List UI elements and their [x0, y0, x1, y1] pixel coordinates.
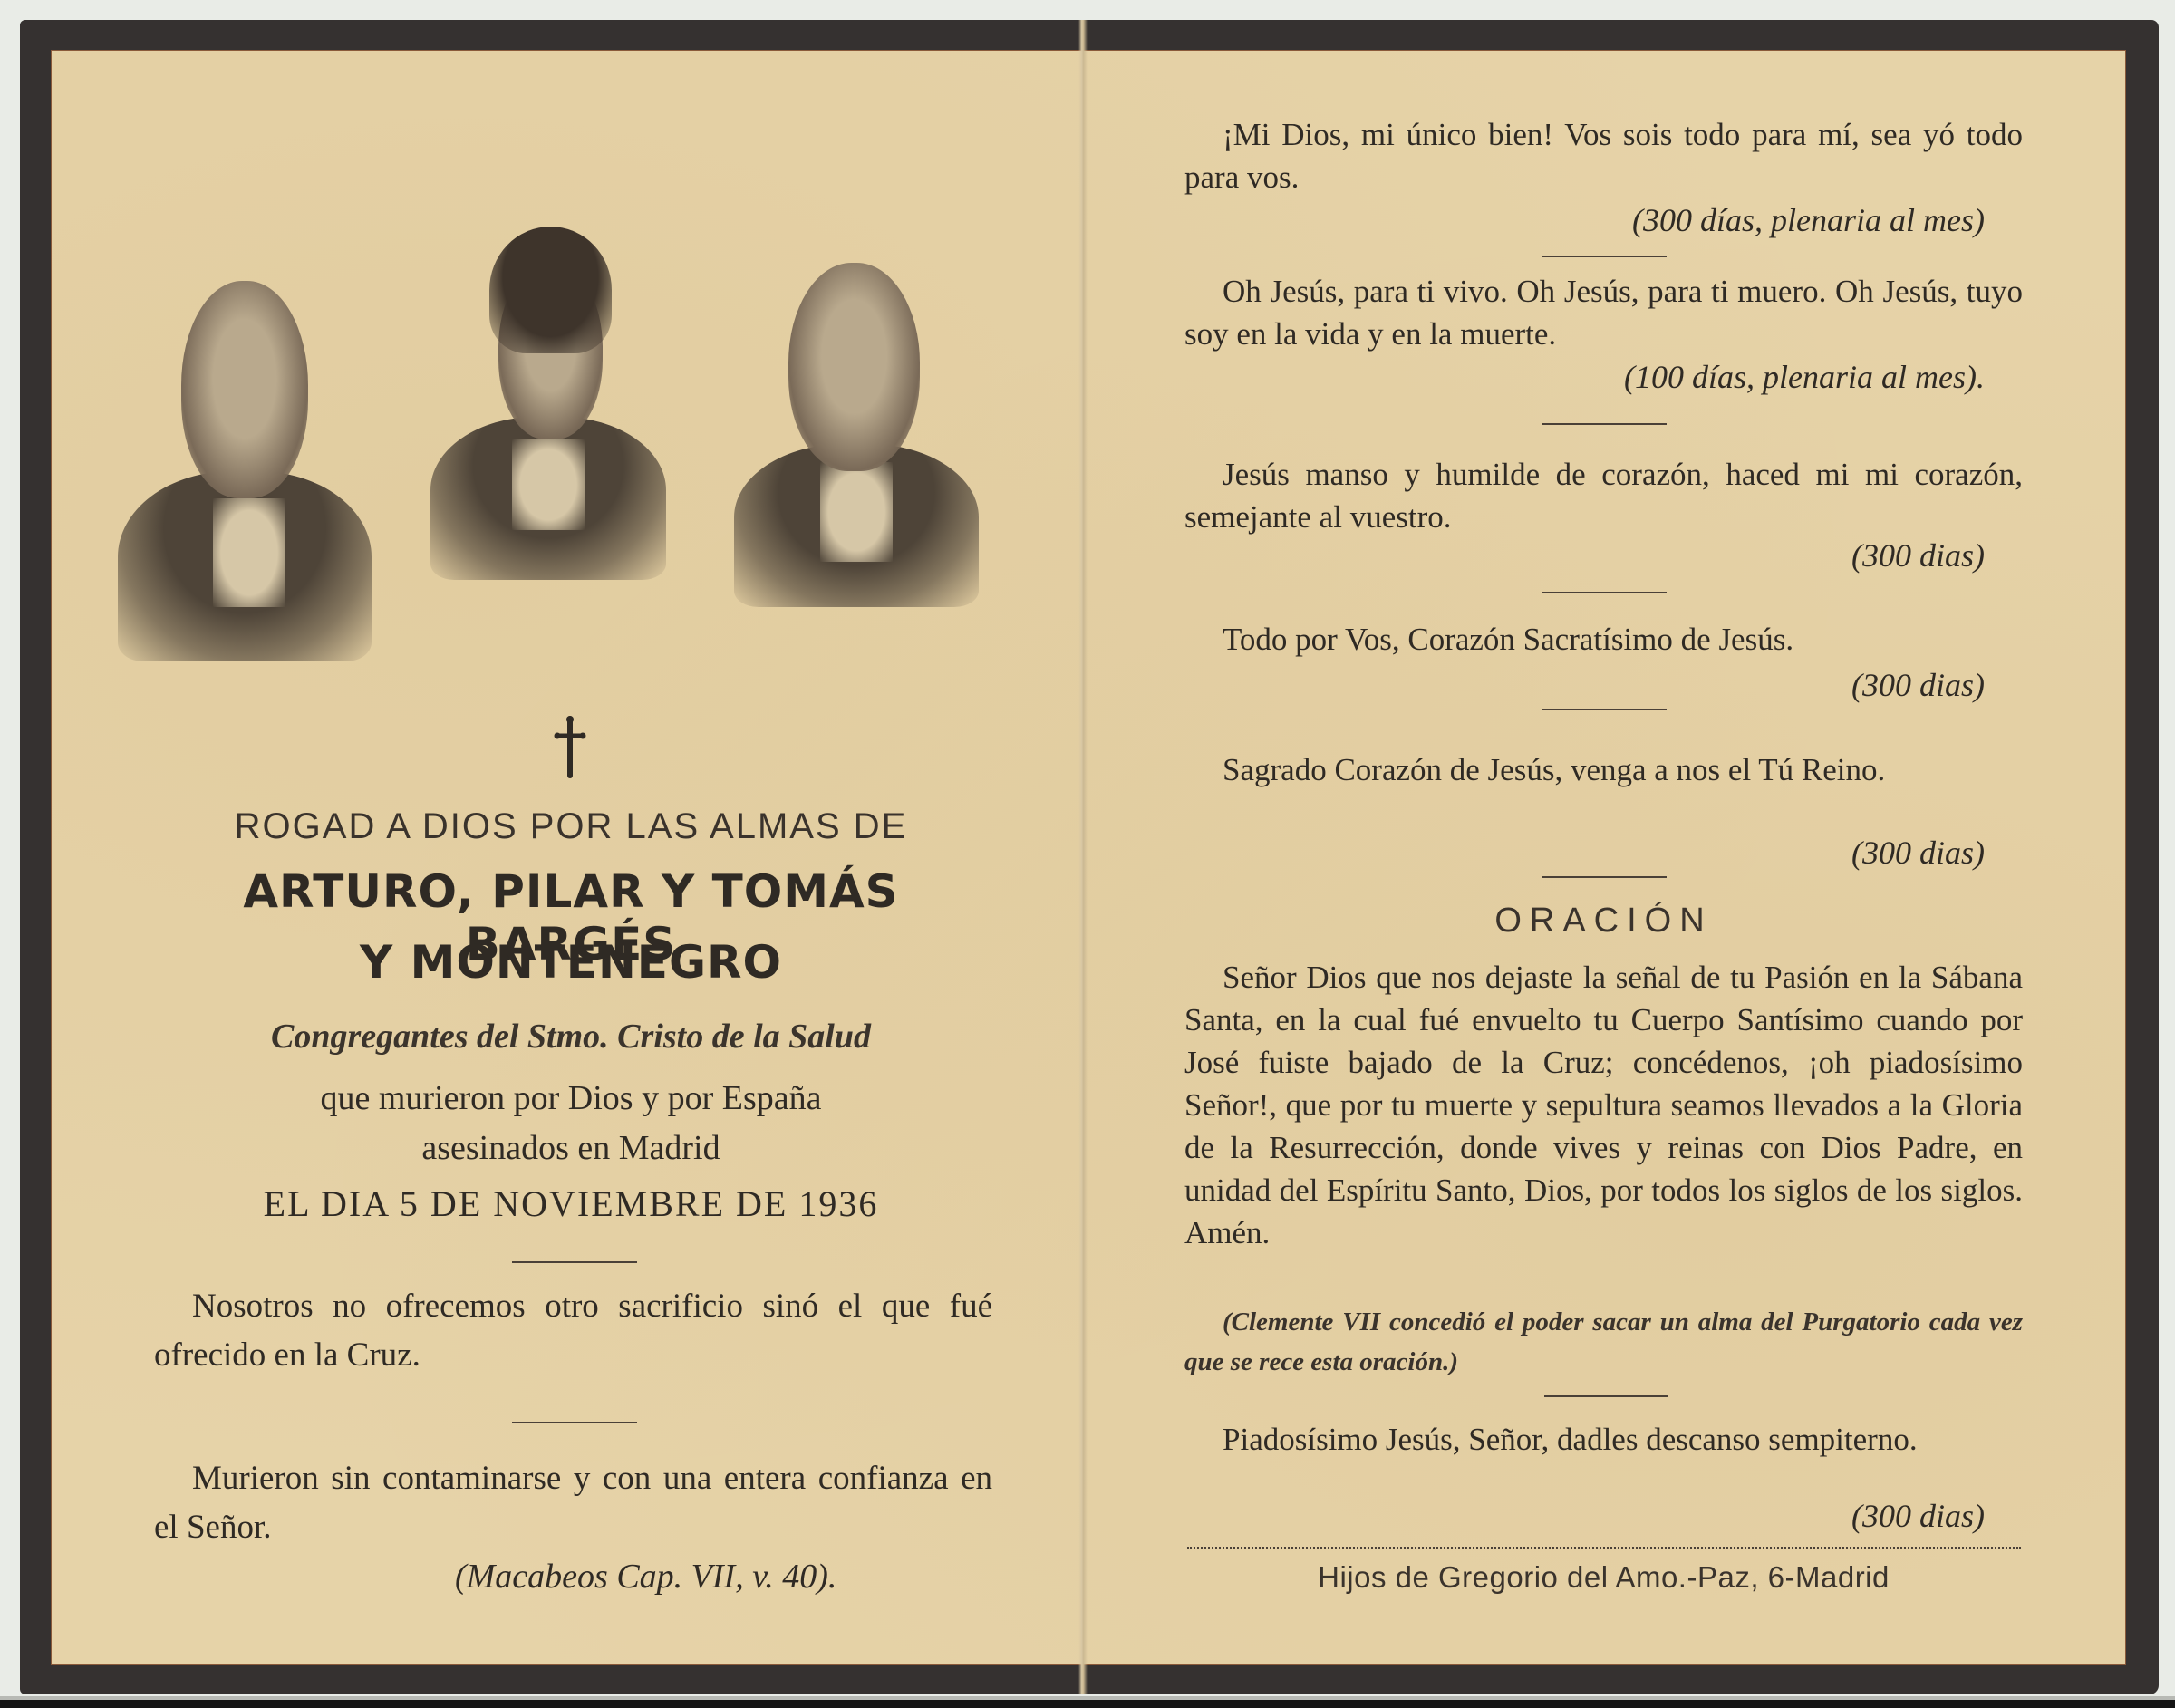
died-line: que murieron por Dios y por España: [145, 1078, 997, 1118]
center-fold: [1078, 20, 1087, 1694]
indulgence-4: (300 dias): [1851, 666, 1985, 704]
indulgence-1: (300 días, plenaria al mes): [1632, 201, 1985, 239]
portrait-man-right: [734, 263, 979, 607]
murdered-line: asesinados en Madrid: [145, 1128, 997, 1168]
divider: [512, 1422, 637, 1423]
oracion-note: (Clemente VII concedió el poder sacar un…: [1184, 1302, 2023, 1382]
date-line: EL DIA 5 DE NOVIEMBRE DE 1936: [145, 1182, 997, 1225]
divider: [1542, 592, 1667, 593]
divider: [1542, 423, 1667, 425]
divider: [1542, 256, 1667, 257]
oracion-text: Señor Dios que nos dejaste la señal de t…: [1184, 956, 2023, 1254]
scan-bottom-edge: [0, 1696, 2175, 1708]
divider: [1544, 1395, 1667, 1397]
deceased-names-line2: Y MONTENEGRO: [145, 936, 997, 989]
oracion-title: ORACIÓN: [1184, 902, 2023, 941]
prayer-5: Sagrado Corazón de Jesús, venga a nos el…: [1184, 748, 2023, 791]
portraits-group: [118, 190, 988, 671]
cross-icon: [554, 716, 586, 779]
indulgence-3: (300 dias): [1851, 536, 1985, 574]
portrait-woman-center: [412, 208, 684, 580]
prayer-heading: ROGAD A DIOS POR LAS ALMAS DE: [145, 806, 997, 847]
congregation-line: Congregantes del Stmo. Cristo de la Salu…: [145, 1017, 997, 1057]
bible-citation: (Macabeos Cap. VII, v. 40).: [455, 1557, 836, 1597]
paragraph-sacrifice: Nosotros no ofrecemos otro sacrificio si…: [154, 1282, 992, 1380]
dotted-separator: [1187, 1547, 2021, 1549]
indulgence-2: (100 días, plenaria al mes).: [1624, 358, 1985, 396]
divider: [1542, 876, 1667, 878]
divider: [512, 1261, 637, 1263]
indulgence-5: (300 dias): [1851, 834, 1985, 872]
prayer-1: ¡Mi Dios, mi único bien! Vos sois todo p…: [1184, 113, 2023, 198]
prayer-2: Oh Jesús, para ti vivo. Oh Jesús, para t…: [1184, 270, 2023, 355]
indulgence-final: (300 dias): [1851, 1497, 1985, 1535]
prayer-4: Todo por Vos, Corazón Sacratísimo de Jes…: [1184, 618, 2023, 661]
printer-imprint: Hijos de Gregorio del Amo.-Paz, 6-Madrid: [1184, 1560, 2023, 1595]
prayer-3: Jesús manso y humilde de corazón, haced …: [1184, 453, 2023, 538]
divider: [1542, 709, 1667, 710]
portrait-man-left: [118, 281, 372, 661]
final-prayer: Piadosísimo Jesús, Señor, dadles descans…: [1184, 1418, 2023, 1461]
paragraph-confianza: Murieron sin contaminarse y con una ente…: [154, 1454, 992, 1552]
